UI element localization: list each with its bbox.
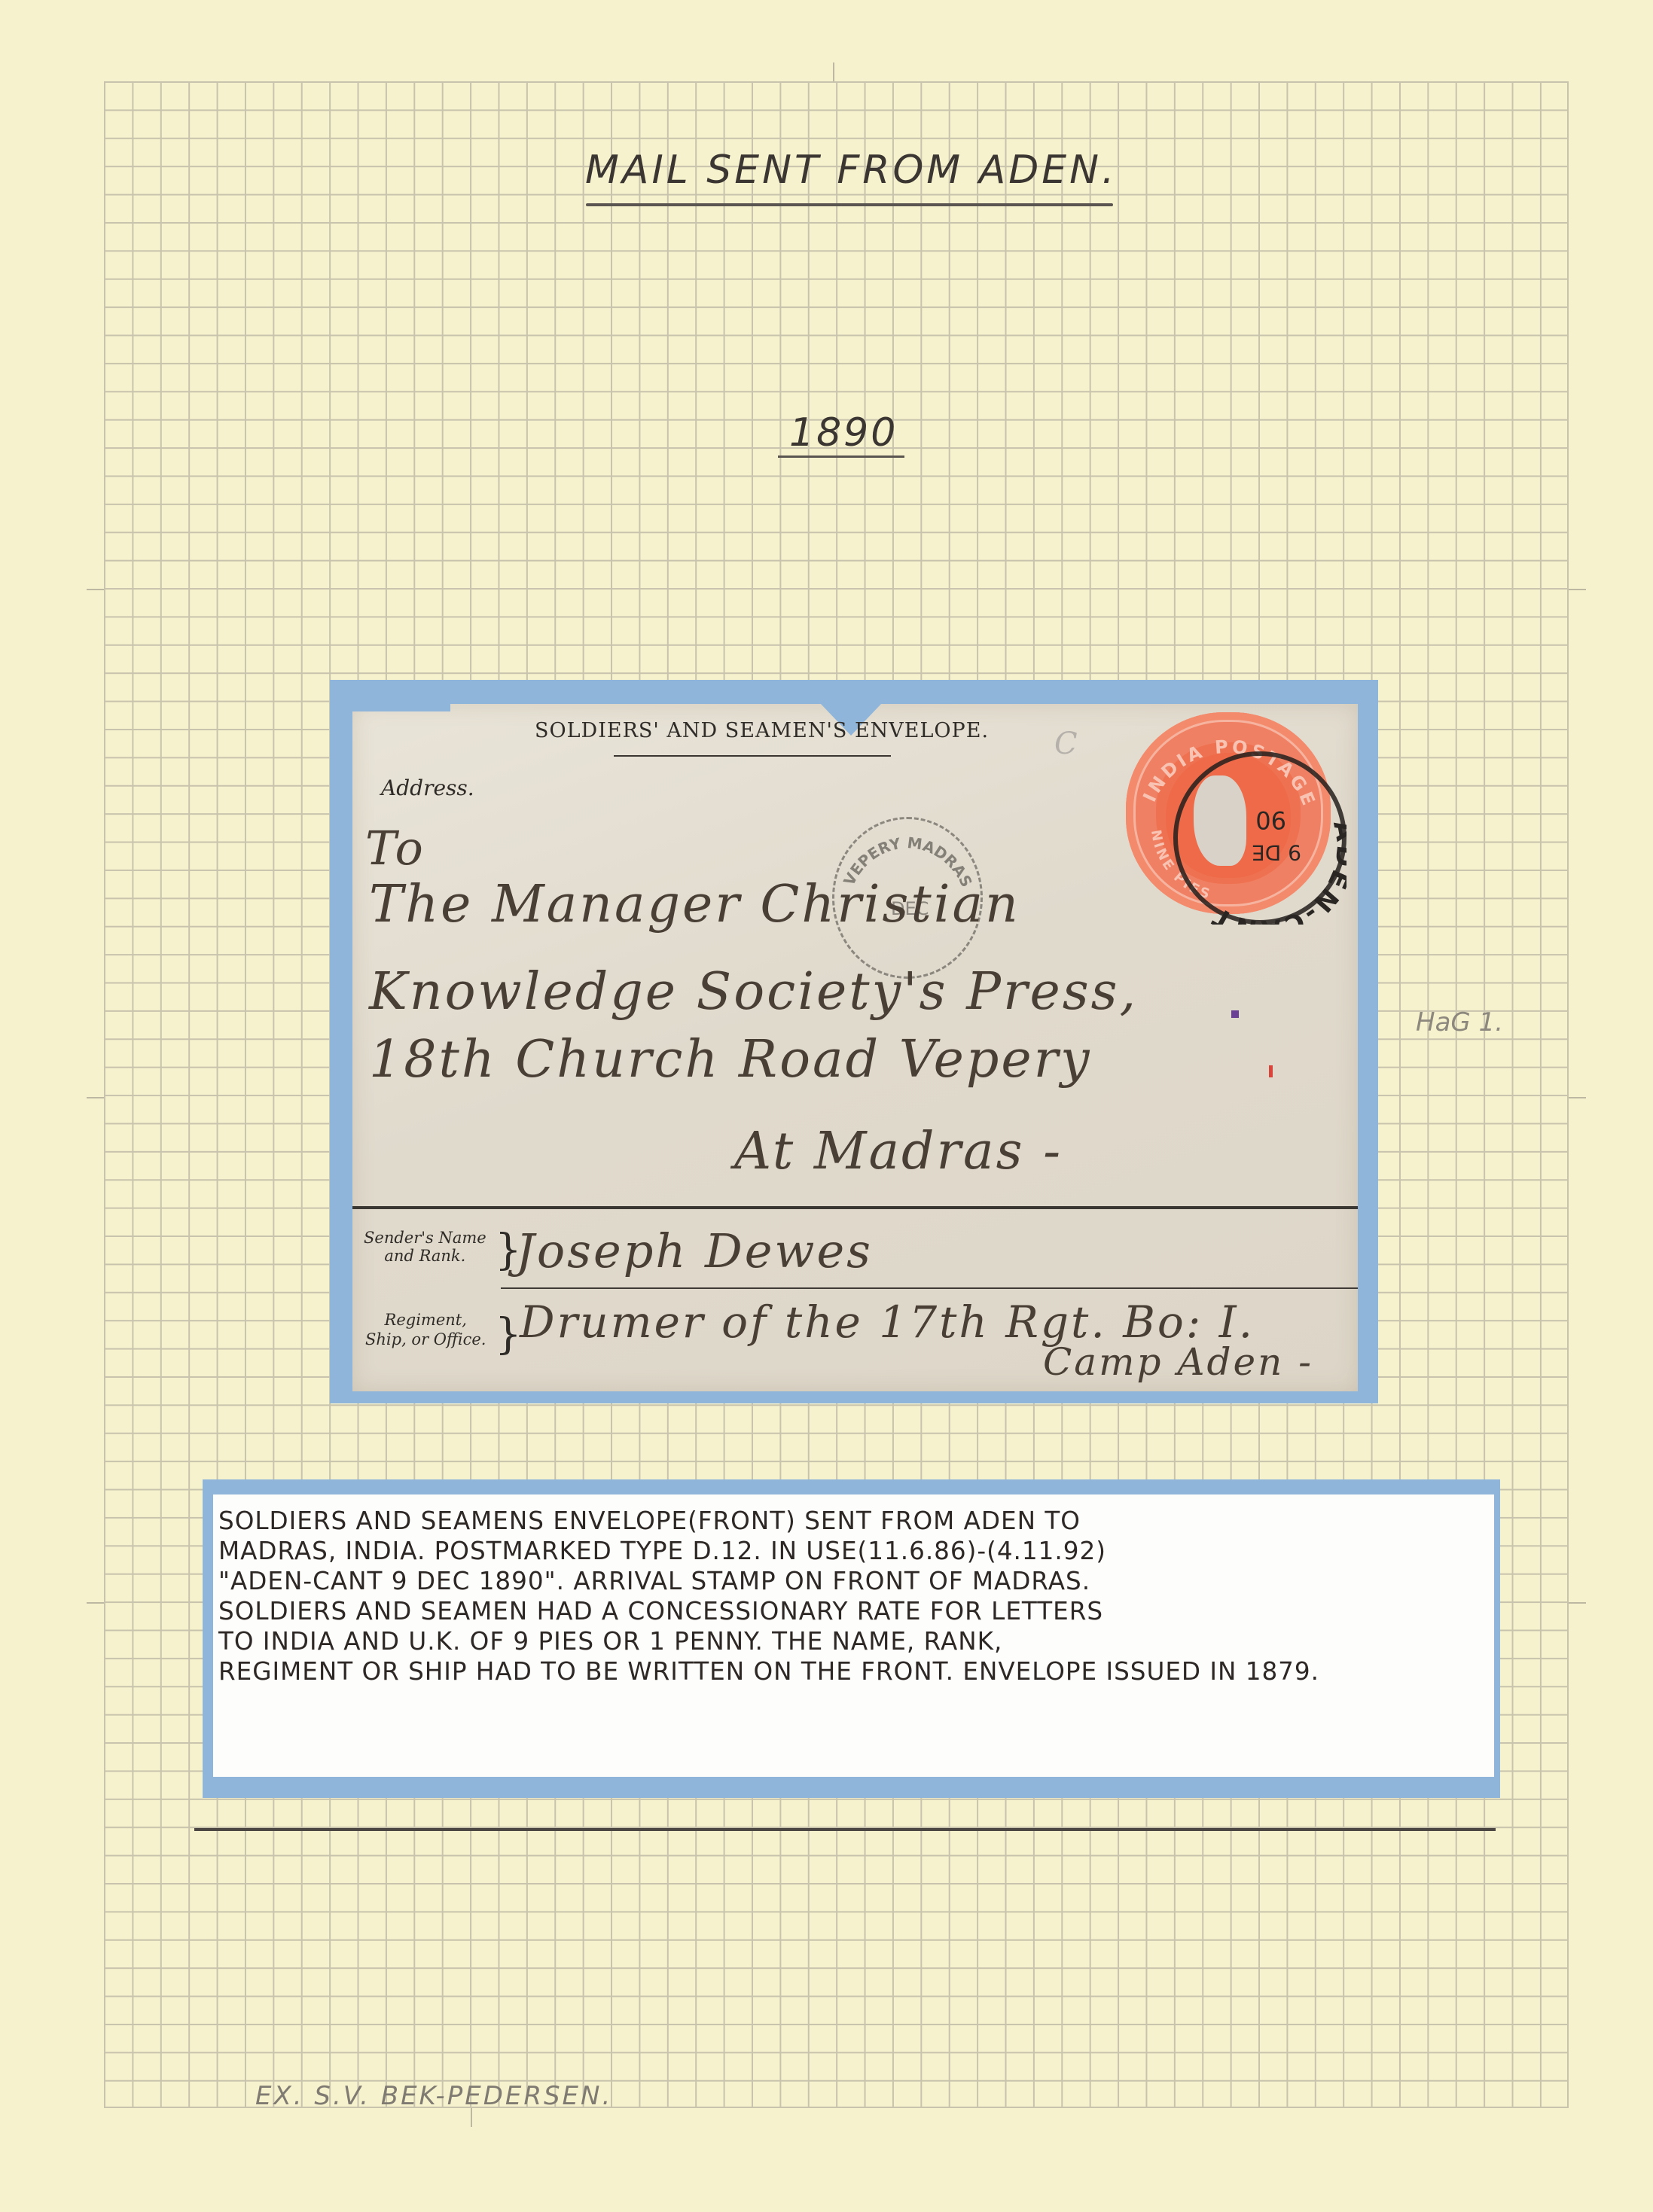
annotation-line: SOLDIERS AND SEAMEN HAD A CONCESSIONARY … bbox=[218, 1596, 1476, 1626]
departure-postmark-daymonth: 9 DE bbox=[1252, 840, 1301, 865]
page-separator-rule bbox=[194, 1828, 1496, 1831]
page-title: MAIL SENT FROM ADEN. bbox=[585, 148, 1118, 193]
envelope-tear-edge bbox=[352, 704, 450, 711]
sender-location: Camp Aden - bbox=[1043, 1340, 1313, 1384]
registration-tick-left bbox=[87, 1602, 104, 1604]
sender-label-line: and Rank. bbox=[364, 1247, 486, 1265]
address-line: The Manager Christian bbox=[369, 875, 1020, 934]
registration-tick-right bbox=[1569, 1602, 1586, 1604]
sender-name-rule bbox=[501, 1287, 1358, 1289]
departure-postmark-text: ADEN-CANT 90 9 DE bbox=[1173, 751, 1346, 925]
sender-name-label: Sender's Name and Rank. bbox=[364, 1229, 486, 1265]
registration-tick-right bbox=[1569, 589, 1586, 590]
regiment-label-line: Regiment, bbox=[365, 1310, 486, 1330]
envelope-divider bbox=[352, 1206, 1358, 1209]
address-line: Knowledge Society's Press, bbox=[369, 962, 1138, 1022]
pencil-mark: C bbox=[1054, 727, 1078, 761]
purple-ink-dot bbox=[1231, 1010, 1239, 1018]
address-line: 18th Church Road Vepery bbox=[369, 1030, 1092, 1089]
registration-tick-left bbox=[87, 589, 104, 590]
annotation-line: TO INDIA AND U.K. OF 9 PIES OR 1 PENNY. … bbox=[218, 1626, 1476, 1656]
address-label: Address. bbox=[381, 775, 474, 800]
annotation-line: MADRAS, INDIA. POSTMARKED TYPE D.12. IN … bbox=[218, 1536, 1476, 1566]
annotation-line: REGIMENT OR SHIP HAD TO BE WRITTEN ON TH… bbox=[218, 1656, 1476, 1686]
red-ink-mark bbox=[1269, 1065, 1273, 1077]
address-line: At Madras - bbox=[734, 1122, 1063, 1181]
annotation-line: SOLDIERS AND SEAMENS ENVELOPE(FRONT) SEN… bbox=[218, 1506, 1476, 1536]
registration-tick-right bbox=[1569, 1097, 1586, 1098]
year-underline bbox=[778, 456, 904, 458]
annotation-line: "ADEN-CANT 9 DEC 1890". ARRIVAL STAMP ON… bbox=[218, 1566, 1476, 1596]
title-underline bbox=[586, 203, 1113, 206]
envelope-header: SOLDIERS' AND SEAMEN'S ENVELOPE. bbox=[535, 719, 989, 742]
departure-postmark-year: 90 bbox=[1255, 806, 1286, 834]
provenance-credit: EX. S.V. BEK-PEDERSEN. bbox=[255, 2081, 612, 2111]
address-line: To bbox=[365, 821, 425, 876]
brace-icon: } bbox=[495, 1310, 522, 1359]
sender-name: Joseph Dewes bbox=[516, 1223, 873, 1278]
annotation-text: SOLDIERS AND SEAMENS ENVELOPE(FRONT) SEN… bbox=[218, 1506, 1491, 1686]
registration-tick-top bbox=[833, 62, 834, 81]
envelope-header-rule bbox=[614, 755, 891, 757]
registration-tick-left bbox=[87, 1097, 104, 1098]
year-label: 1890 bbox=[789, 410, 898, 456]
regiment-label-line: Ship, or Office. bbox=[365, 1330, 486, 1349]
sender-label-line: Sender's Name bbox=[364, 1229, 486, 1247]
regiment-label: Regiment, Ship, or Office. bbox=[365, 1310, 486, 1349]
reference-note: HaG 1. bbox=[1416, 1007, 1503, 1037]
